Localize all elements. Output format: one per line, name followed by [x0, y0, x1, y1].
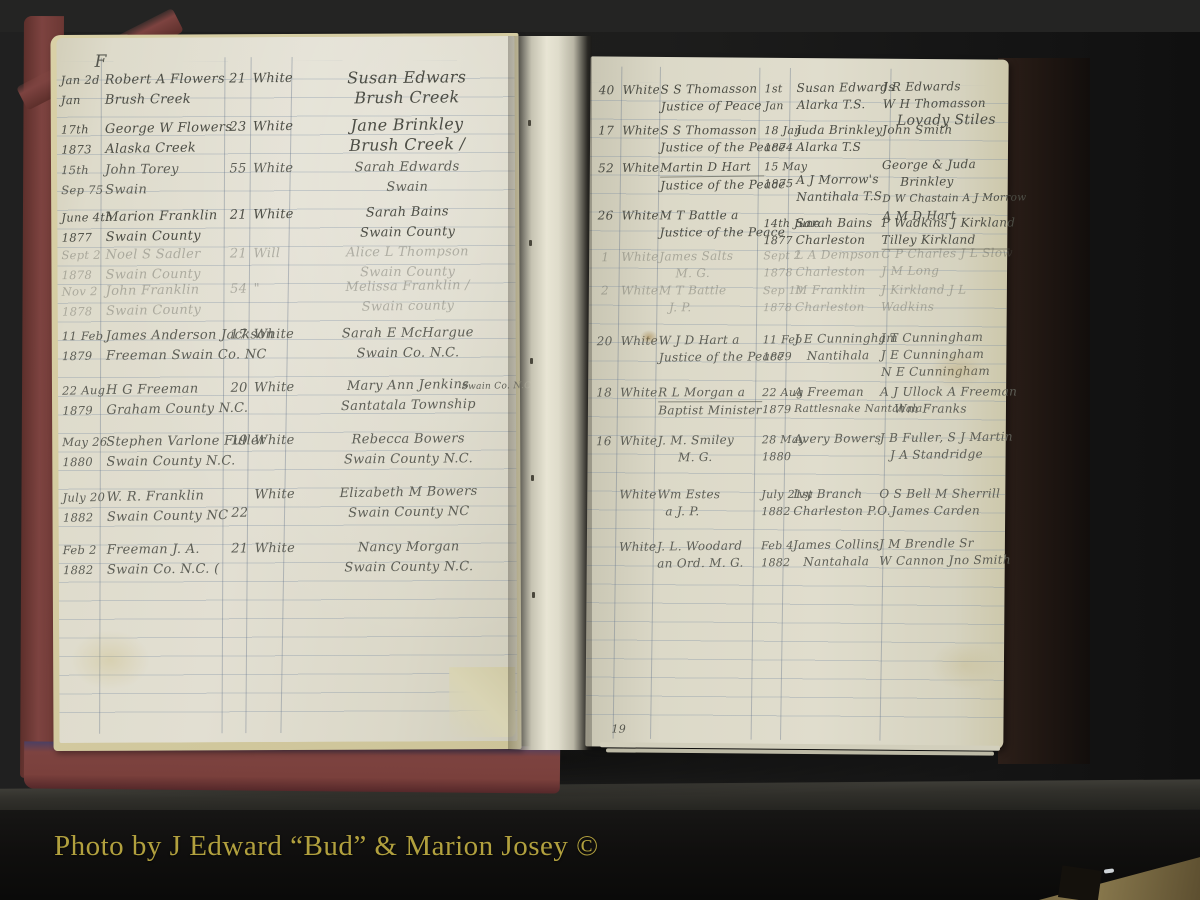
entry-date: 28 May1880 [762, 431, 792, 465]
entry-officiant: James SaltsM. G. [659, 247, 763, 282]
entry-officiant: M T Battle aJustice of the Peace [660, 207, 764, 241]
page-corner-curl [449, 667, 515, 737]
table-leg [1058, 865, 1102, 900]
entry-date: 15 May1875 [764, 158, 794, 192]
entry-groom: W. R. FranklinSwain County NC [106, 486, 239, 527]
entry-date: 22 Aug1879 [762, 384, 792, 418]
page-corner-note: 19 [611, 723, 626, 736]
entry-groom: John ToreySwain [105, 159, 237, 199]
entry-age: 21 [225, 206, 251, 226]
right-page-paper: 19 40 White S S ThomassonJustice of Peac… [585, 56, 1008, 749]
binding-stitch [529, 240, 532, 246]
ledger-entry: Jan 2dJan Robert A FlowersBrush Creek 21… [57, 67, 515, 71]
entry-age: 55 [225, 159, 251, 179]
entry-race: White [253, 117, 295, 137]
ledger-entry: 22 Aug1879 H G FreemanGraham County N.C.… [58, 374, 516, 382]
entry-number: 2 [593, 282, 617, 299]
ledger-entry: 2 White M T BattleJ. P. Sep 101878 M Fra… [589, 281, 1007, 282]
book-cover-right [998, 58, 1090, 764]
entry-bride: Nancy MorganSwain County N.C. [299, 537, 519, 578]
entry-party: Juda BrinkleyAlarka T.S [796, 122, 882, 156]
entry-race: White [255, 539, 297, 559]
entry-groom: Noel S SadlerSwain County [105, 244, 237, 284]
entry-race: White [622, 160, 660, 177]
ledger-entry: 17th1873 George W FlowersAlaska Creek 23… [57, 113, 515, 121]
left-page-paper: F Jan 2dJan Robert A FlowersBrush Creek … [56, 36, 517, 743]
ledger-entry: 17 White S S ThomassonJustice of the Pea… [590, 121, 1008, 122]
entry-number: 1 [593, 249, 617, 266]
ledger-entry: White J. L. Woodardan Ord. M. G. Feb 418… [587, 535, 1005, 540]
entry-race: White [621, 249, 659, 266]
entry-race: White [254, 485, 296, 505]
entry-date: 18 Jan1874 [764, 122, 794, 156]
entry-bride: Rebecca BowersSwain County N.C. [298, 429, 518, 470]
entry-date: July 21st1882 [761, 486, 791, 520]
entry-officiant: S S ThomassonJustice of Peace [661, 80, 765, 115]
entry-party: James CollinsNantahala [793, 536, 879, 571]
entry-bride: Susan EdwarsBrush Creek [297, 67, 517, 108]
entry-party: Ivy BranchCharleston P.O. [793, 486, 879, 520]
entry-party: A J Morrow'sNantihala T.S [796, 171, 882, 206]
ledger-entry: 16 White J. M. SmileyM. G. 28 May1880 Av… [588, 429, 1006, 434]
entry-witnesses: John Smith [882, 121, 1010, 138]
entry-bride: Jane BrinkleyBrush Creek / [297, 113, 518, 156]
entry-date: June 4th1877 [61, 208, 106, 248]
entry-age: 21 [227, 539, 253, 559]
entry-officiant: R L Morgan aBaptist Minister [658, 384, 762, 419]
entry-date: Nov 21878 [62, 282, 107, 322]
entry-date: 22 Aug1879 [62, 381, 107, 421]
entry-officiant: J. M. SmileyM. G. [658, 431, 762, 466]
entry-bride: Mary Ann JenkinsSantatala TownshipSwain … [298, 374, 519, 417]
entry-date: 17th1873 [61, 120, 106, 160]
entry-number: 18 [592, 384, 616, 401]
ledger-entry: July 201882 W. R. FranklinSwain County N… [58, 481, 516, 489]
entry-date: Sept 21878 [763, 247, 793, 281]
entry-date: 15thSep 75 [61, 161, 105, 200]
entry-date: 14th June1877 [764, 207, 794, 249]
entry-race: White [253, 69, 295, 89]
ledger-entry: 11 Feb1879 James Anderson JacksonFreeman… [58, 323, 516, 327]
entry-groom: Robert A FlowersBrush Creek [105, 69, 237, 109]
entry-date: July 201882 [62, 488, 107, 528]
entry-number: 20 [593, 333, 617, 350]
entry-party: Sarah BainsCharleston [796, 215, 882, 249]
entry-date: Jan 2dJan [61, 71, 105, 110]
entry-race: White [621, 282, 659, 299]
entry-number: 17 [594, 122, 618, 139]
entry-race: White [254, 378, 296, 398]
entry-number: 40 [595, 82, 619, 99]
entry-race: White [619, 486, 657, 503]
entry-party: A FreemanRattlesnake Nantahala [794, 384, 880, 418]
entry-age: 23 [225, 118, 251, 138]
entry-party: M FranklinCharleston [795, 282, 881, 316]
photo-of-marriage-register: F Jan 2dJan Robert A FlowersBrush Creek … [0, 0, 1200, 900]
binding-stitch [532, 592, 535, 598]
entry-groom: John FranklinSwain County [106, 280, 239, 321]
entry-age: 21 [225, 69, 251, 89]
entry-age: 20 [226, 379, 252, 399]
ledger-entry: 20 White W J D Hart aJustice of the Peac… [589, 329, 1007, 334]
entry-party: J E CunninghamNantihala [795, 330, 881, 365]
entry-race: " [254, 279, 296, 299]
left-page: F Jan 2dJan Robert A FlowersBrush Creek … [50, 33, 521, 751]
entry-race: White [622, 122, 660, 139]
entry-date: Feb 21882 [63, 541, 107, 580]
entry-race: Will [253, 244, 295, 264]
entry-groom: Freeman J. A.Swain Co. N.C. ( [107, 539, 239, 579]
entry-bride: Sarah EdwardsSwain [297, 157, 517, 198]
entry-race: White [253, 205, 295, 225]
entry-age: 22 [227, 504, 253, 524]
entry-officiant: M T BattleJ. P. [659, 282, 763, 316]
ledger-entry: 40 White S S ThomassonJustice of Peace 1… [591, 78, 1009, 83]
entry-party: Avery Bowers [794, 430, 880, 448]
entry-age: 17 [226, 325, 252, 345]
entry-number: 16 [592, 433, 616, 450]
entry-date: Sep 101878 [763, 282, 793, 316]
entry-race: White [622, 207, 660, 224]
entry-witnesses: A J Ullock A FreemanWm Franks [880, 383, 1008, 417]
entry-race: White [254, 325, 296, 345]
entry-officiant: W J D Hart aJustice of the Peace [659, 331, 763, 366]
entry-date: 11 Feb1879 [763, 331, 793, 365]
ledger-entry: 52 White Martin D HartJustice of the Pea… [590, 156, 1008, 161]
book-spine-gutter [508, 36, 592, 750]
entry-number: 52 [594, 160, 618, 177]
right-page: 19 40 White S S ThomassonJustice of Peac… [585, 56, 1008, 749]
entry-race: White [623, 82, 661, 99]
entry-groom: Marion FranklinSwain County [105, 206, 238, 247]
binding-stitch [531, 475, 534, 481]
entry-bride: Melissa Franklin /Swain county [298, 275, 519, 318]
index-letter: F [95, 52, 107, 72]
entry-groom: George W FlowersAlaska Creek [105, 118, 238, 159]
binding-stitch [530, 358, 533, 364]
entry-officiant: S S ThomassonJustice of the Peace [660, 122, 764, 156]
entry-witnesses: O S Bell M SherrillJames Carden [879, 485, 1007, 519]
entry-witnesses: C P Charles J L SlowJ M Long [881, 245, 1009, 280]
entry-race: White [253, 159, 295, 179]
ledger-entry: Feb 21882 Freeman J. A.Swain Co. N.C. ( … [59, 537, 517, 541]
entry-race: White [621, 333, 659, 350]
entry-race: White [620, 384, 658, 401]
entry-number: 26 [594, 207, 618, 224]
entry-age: 54 [226, 280, 252, 300]
entry-bride: Sarah BainsSwain County [297, 201, 518, 244]
entry-age: 19 [226, 431, 252, 451]
entry-witnesses: J Kirkland J LWadkins [881, 281, 1009, 315]
ledger-entry: White Wm Estesa J. P. July 21st1882 Ivy … [587, 485, 1005, 486]
entry-race: White [620, 433, 658, 450]
entry-party: L A DempsonCharleston [795, 246, 881, 281]
entry-officiant: Martin D HartJustice of the Peace [660, 158, 764, 194]
entry-date: Sept 21878 [61, 246, 105, 285]
entry-age: 21 [225, 244, 251, 264]
entry-groom: H G FreemanGraham County N.C. [106, 379, 239, 420]
entry-date: 11 Feb1879 [62, 327, 106, 366]
photographer-watermark: Photo by J Edward “Bud” & Marion Josey © [54, 830, 599, 863]
ledger-entry: 18 White R L Morgan aBaptist Minister 22… [588, 383, 1006, 384]
ledger-entry: June 4th1877 Marion FranklinSwain County… [57, 201, 515, 209]
entry-party: Susan EdwardsAlarka T.S. [797, 79, 883, 114]
entry-officiant: J. L. Woodardan Ord. M. G. [657, 537, 761, 572]
entry-date: 1stJan [765, 80, 795, 114]
entry-witnesses: J T CunninghamJ E CunninghamN E Cunningh… [881, 329, 1010, 381]
entry-race: White [254, 431, 296, 451]
entry-witnesses: J B Fuller, S J MartinJ A Standridge [880, 429, 1008, 464]
entry-race: White [619, 539, 657, 556]
entry-bride: Elizabeth M BowersSwain County NC [298, 481, 519, 524]
entry-officiant: Wm Estesa J. P. [657, 486, 761, 520]
entry-bride: Sarah E McHargueSwain Co. N.C. [298, 323, 518, 364]
binding-stitch [528, 120, 531, 126]
entry-date: May 261880 [62, 433, 106, 472]
entry-witnesses: J M Brendle SrW Cannon Jno Smith [879, 535, 1007, 570]
ledger-entry: May 261880 Stephen Varlone FullerSwain C… [58, 429, 516, 433]
entry-date: Feb 41882 [761, 537, 791, 571]
